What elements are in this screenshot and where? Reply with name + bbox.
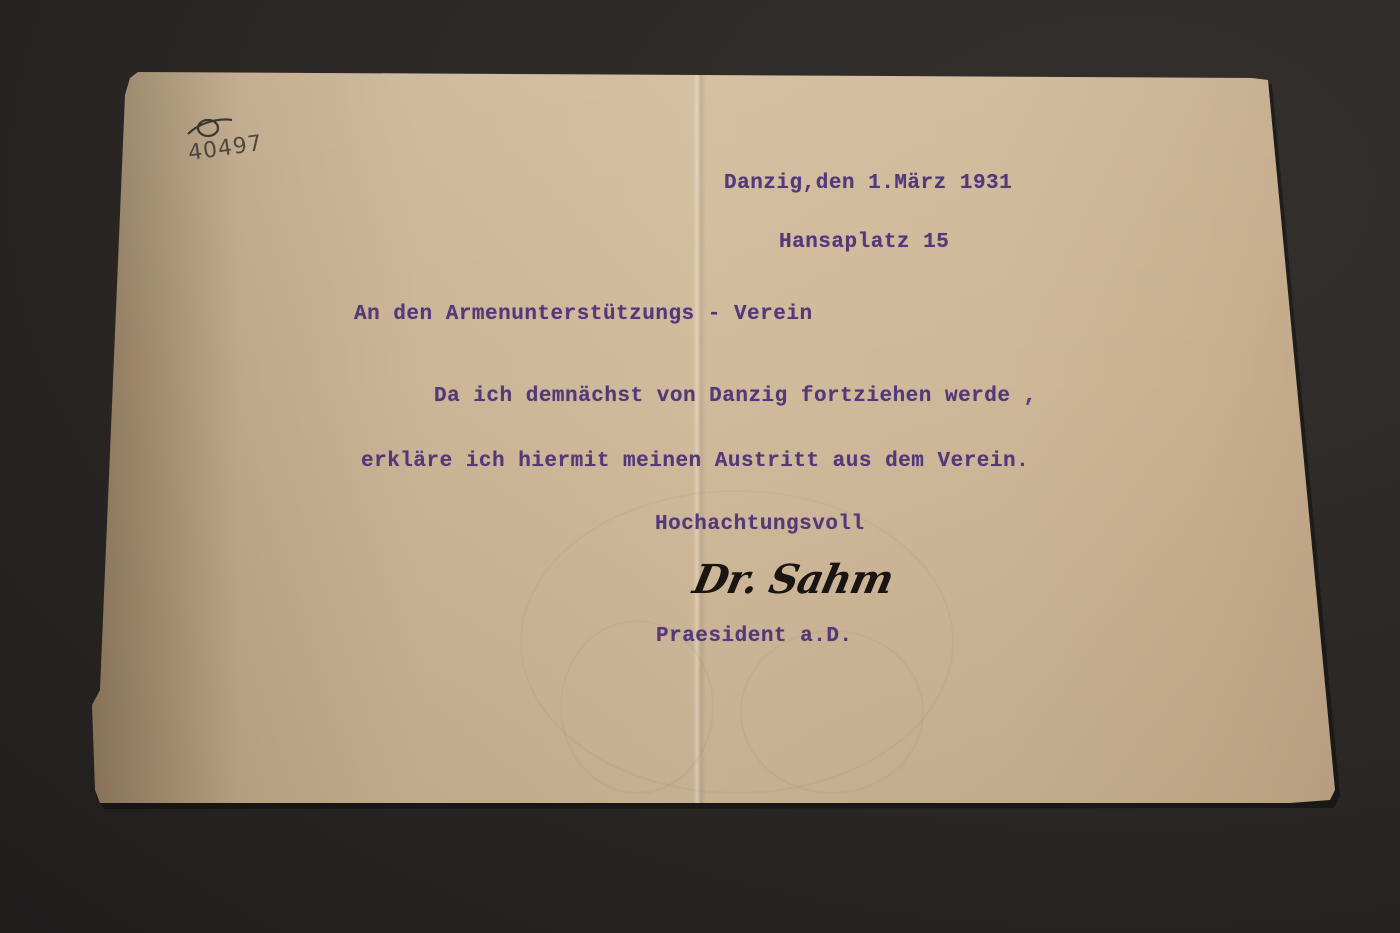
signer-title: Praesident a.D. (656, 625, 853, 648)
recipient-line: An den Armenunterstützungs - Verein (354, 303, 813, 326)
place-date: Danzig,den 1.März 1931 (724, 172, 1012, 195)
address: Hansaplatz 15 (779, 231, 949, 254)
photo-background: 40497 Danzig,den 1.März 1931 Hansaplatz … (0, 0, 1400, 933)
body-line-1: Da ich demnächst von Danzig fortziehen w… (434, 385, 1037, 408)
closing-salutation: Hochachtungsvoll (655, 513, 865, 536)
signature: Dr. Sahm (689, 556, 897, 603)
body-line-2: erkläre ich hiermit meinen Austritt aus … (361, 450, 1029, 473)
